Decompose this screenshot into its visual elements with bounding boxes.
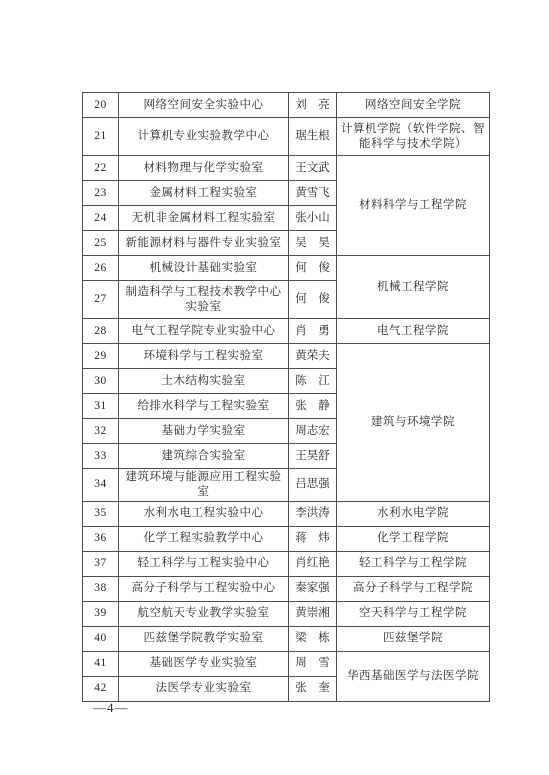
- cell-num: 20: [83, 93, 119, 118]
- table-row: 41基础医学专业实验室周 雪华西基础医学与法医学院: [83, 651, 490, 676]
- table-row: 40匹兹堡学院教学实验室梁 栋匹兹堡学院: [83, 626, 490, 651]
- cell-college: 化学工程学院: [337, 526, 490, 551]
- cell-college: 材料科学与工程学院: [337, 156, 490, 256]
- cell-lab: 材料物理与化学实验室: [119, 156, 289, 181]
- cell-num: 40: [83, 626, 119, 651]
- lab-table-body: 20网络空间安全实验中心刘 亮网络空间安全学院21计算机专业实验教学中心琚生根计…: [83, 93, 490, 702]
- cell-lab: 基础医学专业实验室: [119, 651, 289, 676]
- cell-num: 35: [83, 501, 119, 526]
- cell-num: 38: [83, 576, 119, 601]
- table-row: 21计算机专业实验教学中心琚生根计算机学院（软件学院、智能科学与技术学院）: [83, 118, 490, 156]
- cell-num: 24: [83, 206, 119, 231]
- cell-num: 36: [83, 526, 119, 551]
- cell-lab: 给排水科学与工程实验室: [119, 394, 289, 419]
- cell-person: 张 静: [289, 394, 337, 419]
- cell-college: 水利水电学院: [337, 501, 490, 526]
- cell-num: 23: [83, 181, 119, 206]
- table-row: 36化学工程实验教学中心蒋 炜化学工程学院: [83, 526, 490, 551]
- table-row: 35水利水电工程实验中心李洪涛水利水电学院: [83, 501, 490, 526]
- cell-num: 27: [83, 281, 119, 319]
- cell-lab: 新能源材料与器件专业实验室: [119, 231, 289, 256]
- cell-lab: 高分子科学与工程实验中心: [119, 576, 289, 601]
- cell-person: 蒋 炜: [289, 526, 337, 551]
- cell-num: 22: [83, 156, 119, 181]
- cell-num: 41: [83, 651, 119, 676]
- cell-college: 空天科学与工程学院: [337, 601, 490, 626]
- cell-num: 37: [83, 551, 119, 576]
- cell-lab: 金属材料工程实验室: [119, 181, 289, 206]
- document-page: 20网络空间安全实验中心刘 亮网络空间安全学院21计算机专业实验教学中心琚生根计…: [0, 0, 549, 775]
- cell-college: 网络空间安全学院: [337, 93, 490, 118]
- cell-num: 32: [83, 419, 119, 444]
- cell-lab: 土木结构实验室: [119, 369, 289, 394]
- table-row: 20网络空间安全实验中心刘 亮网络空间安全学院: [83, 93, 490, 118]
- cell-lab: 匹兹堡学院教学实验室: [119, 626, 289, 651]
- cell-person: 黄雪飞: [289, 181, 337, 206]
- cell-person: 肖红艳: [289, 551, 337, 576]
- cell-num: 33: [83, 444, 119, 469]
- cell-person: 李洪涛: [289, 501, 337, 526]
- cell-lab: 电气工程学院专业实验中心: [119, 319, 289, 344]
- cell-lab: 建筑环境与能源应用工程实验室: [119, 469, 289, 502]
- cell-college: 匹兹堡学院: [337, 626, 490, 651]
- cell-lab: 制造科学与工程技术教学中心实验室: [119, 281, 289, 319]
- cell-person: 琚生根: [289, 118, 337, 156]
- cell-person: 周志宏: [289, 419, 337, 444]
- cell-college: 建筑与环境学院: [337, 344, 490, 502]
- cell-lab: 航空航天专业教学实验室: [119, 601, 289, 626]
- table-row: 38高分子科学与工程实验中心秦家强高分子科学与工程学院: [83, 576, 490, 601]
- cell-num: 31: [83, 394, 119, 419]
- cell-college: 电气工程学院: [337, 319, 490, 344]
- cell-lab: 环境科学与工程实验室: [119, 344, 289, 369]
- cell-num: 42: [83, 676, 119, 701]
- cell-person: 王昊舒: [289, 444, 337, 469]
- cell-num: 21: [83, 118, 119, 156]
- cell-college: 机械工程学院: [337, 256, 490, 319]
- table-row: 22材料物理与化学实验室王文武材料科学与工程学院: [83, 156, 490, 181]
- cell-person: 王文武: [289, 156, 337, 181]
- page-number: —4—: [93, 700, 129, 716]
- cell-num: 26: [83, 256, 119, 281]
- cell-college: 轻工科学与工程学院: [337, 551, 490, 576]
- cell-lab: 机械设计基础实验室: [119, 256, 289, 281]
- cell-college: 计算机学院（软件学院、智能科学与技术学院）: [337, 118, 490, 156]
- cell-person: 陈 江: [289, 369, 337, 394]
- cell-person: 周 雪: [289, 651, 337, 676]
- cell-person: 肖 勇: [289, 319, 337, 344]
- cell-person: 何 俊: [289, 256, 337, 281]
- cell-num: 25: [83, 231, 119, 256]
- cell-lab: 法医学专业实验室: [119, 676, 289, 701]
- cell-lab: 无机非金属材料工程实验室: [119, 206, 289, 231]
- table-region: 20网络空间安全实验中心刘 亮网络空间安全学院21计算机专业实验教学中心琚生根计…: [82, 92, 490, 702]
- cell-person: 张小山: [289, 206, 337, 231]
- cell-lab: 化学工程实验教学中心: [119, 526, 289, 551]
- lab-list-table: 20网络空间安全实验中心刘 亮网络空间安全学院21计算机专业实验教学中心琚生根计…: [82, 92, 490, 702]
- cell-num: 39: [83, 601, 119, 626]
- cell-person: 何 俊: [289, 281, 337, 319]
- table-row: 28电气工程学院专业实验中心肖 勇电气工程学院: [83, 319, 490, 344]
- cell-lab: 计算机专业实验教学中心: [119, 118, 289, 156]
- cell-lab: 基础力学实验室: [119, 419, 289, 444]
- table-row: 26机械设计基础实验室何 俊机械工程学院: [83, 256, 490, 281]
- cell-person: 黄崇湘: [289, 601, 337, 626]
- cell-person: 刘 亮: [289, 93, 337, 118]
- cell-person: 张 奎: [289, 676, 337, 701]
- cell-person: 秦家强: [289, 576, 337, 601]
- cell-lab: 建筑综合实验室: [119, 444, 289, 469]
- table-row: 29环境科学与工程实验室黄荣夫建筑与环境学院: [83, 344, 490, 369]
- cell-num: 30: [83, 369, 119, 394]
- cell-person: 黄荣夫: [289, 344, 337, 369]
- cell-lab: 网络空间安全实验中心: [119, 93, 289, 118]
- cell-person: 吴 昊: [289, 231, 337, 256]
- table-row: 39航空航天专业教学实验室黄崇湘空天科学与工程学院: [83, 601, 490, 626]
- cell-num: 29: [83, 344, 119, 369]
- table-row: 37轻工科学与工程实验中心肖红艳轻工科学与工程学院: [83, 551, 490, 576]
- cell-lab: 轻工科学与工程实验中心: [119, 551, 289, 576]
- cell-person: 吕思强: [289, 469, 337, 502]
- cell-num: 28: [83, 319, 119, 344]
- cell-num: 34: [83, 469, 119, 502]
- cell-college: 华西基础医学与法医学院: [337, 651, 490, 701]
- cell-college: 高分子科学与工程学院: [337, 576, 490, 601]
- cell-lab: 水利水电工程实验中心: [119, 501, 289, 526]
- cell-person: 梁 栋: [289, 626, 337, 651]
